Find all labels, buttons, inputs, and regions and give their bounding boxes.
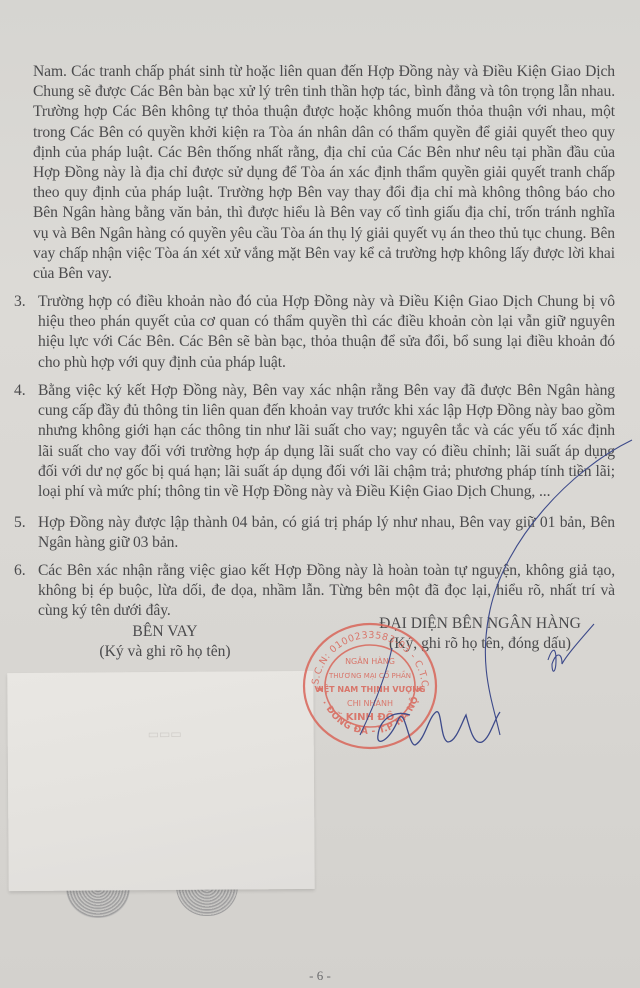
contract-page: Nam. Các tranh chấp phát sinh từ hoặc li… — [0, 0, 640, 988]
clause-number: 5. — [14, 513, 36, 533]
redaction-paper-cover: ▭▭▭ — [7, 671, 315, 891]
borrower-signature-block: BÊN VAY (Ký và ghi rõ họ tên) — [60, 622, 270, 662]
clause-4: 4. Bằng việc ký kết Hợp Đồng này, Bên va… — [14, 381, 615, 502]
clause-number: 3. — [14, 292, 36, 312]
borrower-title: BÊN VAY — [60, 622, 270, 642]
clause-text: Các Bên xác nhận rằng việc giao kết Hợp … — [38, 561, 615, 622]
svg-text:CHI NHÁNH: CHI NHÁNH — [347, 697, 393, 708]
clause-6: 6. Các Bên xác nhận rằng việc giao kết H… — [14, 561, 615, 622]
clause-text: Hợp Đồng này được lập thành 04 bản, có g… — [38, 513, 615, 553]
svg-text:KINH ĐÔ: KINH ĐÔ — [346, 710, 395, 723]
bank-seal-stamp: M.S.C.N: 0100233583-03 - C.T.C.P Q. ĐỐNG… — [300, 620, 440, 755]
svg-text:VIỆT NAM THỊNH VƯỢNG: VIỆT NAM THỊNH VƯỢNG — [315, 684, 426, 694]
clause-text: Trường hợp có điều khoản nào đó của Hợp … — [38, 292, 615, 373]
svg-text:NGÂN HÀNG: NGÂN HÀNG — [345, 655, 395, 666]
fingerprint-smudge — [66, 888, 130, 918]
borrower-note: (Ký và ghi rõ họ tên) — [60, 642, 270, 662]
clause-number: 4. — [14, 381, 36, 401]
clause-number: 6. — [14, 561, 36, 581]
clause-5: 5. Hợp Đồng này được lập thành 04 bản, c… — [14, 513, 615, 553]
clause-text: Bằng việc ký kết Hợp Đồng này, Bên vay x… — [38, 381, 615, 502]
fingerprint-smudge — [176, 886, 238, 916]
page-number: - 6 - — [0, 968, 640, 984]
clause-3: 3. Trường hợp có điều khoản nào đó của H… — [14, 292, 615, 373]
svg-text:THƯƠNG MẠI CỔ PHẦN: THƯƠNG MẠI CỔ PHẦN — [328, 670, 411, 680]
show-through-text: ▭▭▭ — [148, 727, 182, 742]
svg-text:M.S.C.N: 0100233583-03 - C.T.C: M.S.C.N: 0100233583-03 - C.T.C.P — [300, 620, 430, 691]
dispute-resolution-paragraph: Nam. Các tranh chấp phát sinh từ hoặc li… — [33, 62, 615, 284]
